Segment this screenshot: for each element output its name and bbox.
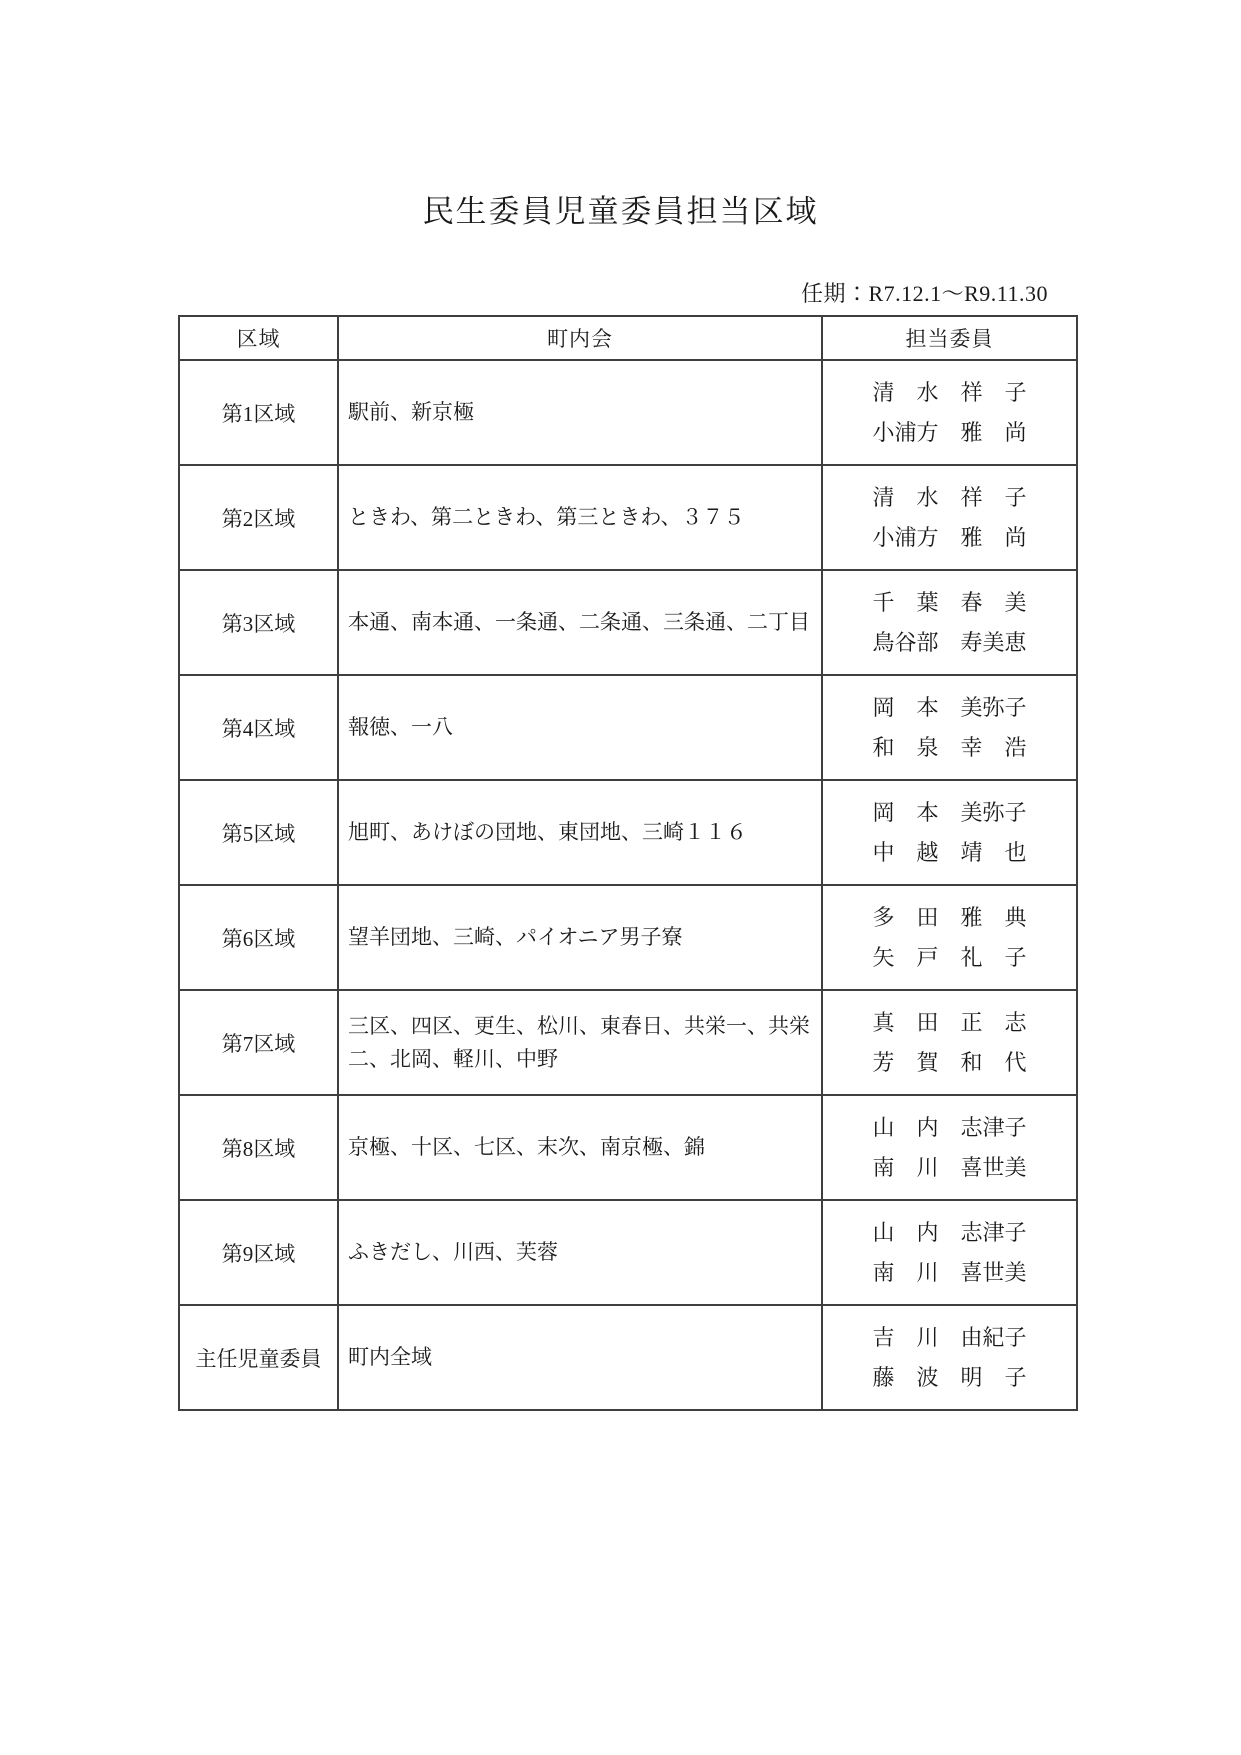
area-cell: 第4区域 [179,675,338,780]
members-cell: 清 水 祥 子小浦方 雅 尚 [822,360,1077,465]
header-assigned-member: 担当委員 [822,316,1077,360]
neighborhoods-cell: 望羊団地、三崎、パイオニア男子寮 [338,885,822,990]
neighborhoods-cell: 駅前、新京極 [338,360,822,465]
table-header: 区域 町内会 担当委員 [179,316,1077,360]
term-label: 任期：R7.12.1～R9.11.30 [178,277,1064,308]
member-name: 藤 波 明 子 [872,1358,1026,1398]
member-name: 鳥谷部 寿美恵 [872,623,1026,663]
document-page: 民生委員児童委員担当区域 任期：R7.12.1～R9.11.30 区域 町内会 … [0,0,1241,1755]
member-name: 小浦方 雅 尚 [872,518,1026,558]
member-name: 清 水 祥 子 [872,478,1026,518]
member-names: 岡 本 美弥子和 泉 幸 浩 [872,688,1026,768]
area-cell: 第9区域 [179,1200,338,1305]
area-cell: 第7区域 [179,990,338,1095]
table-row: 第9区域 ふきだし、川西、芙蓉 山 内 志津子南 川 喜世美 [179,1200,1077,1305]
content-area: 任期：R7.12.1～R9.11.30 区域 町内会 担当委員 第1区域 駅前、… [178,277,1064,1411]
members-cell: 岡 本 美弥子中 越 靖 也 [822,780,1077,885]
member-name: 吉 川 由紀子 [872,1318,1026,1358]
members-cell: 千 葉 春 美鳥谷部 寿美恵 [822,570,1077,675]
member-name: 南 川 喜世美 [872,1148,1026,1188]
members-cell: 山 内 志津子南 川 喜世美 [822,1200,1077,1305]
member-names: 吉 川 由紀子藤 波 明 子 [872,1318,1026,1398]
member-names: 岡 本 美弥子中 越 靖 也 [872,793,1026,873]
area-cell: 第5区域 [179,780,338,885]
neighborhoods-cell: 報徳、一八 [338,675,822,780]
neighborhoods-cell: 町内全域 [338,1305,822,1410]
member-names: 千 葉 春 美鳥谷部 寿美恵 [872,583,1026,663]
member-names: 多 田 雅 典矢 戸 礼 子 [872,898,1026,978]
neighborhoods-cell: 京極、十区、七区、末次、南京極、錦 [338,1095,822,1200]
header-area: 区域 [179,316,338,360]
assignment-table: 区域 町内会 担当委員 第1区域 駅前、新京極 清 水 祥 子小浦方 雅 尚 第… [178,315,1078,1411]
header-neighborhood-association: 町内会 [338,316,822,360]
neighborhoods-cell: 本通、南本通、一条通、二条通、三条通、二丁目 [338,570,822,675]
members-cell: 清 水 祥 子小浦方 雅 尚 [822,465,1077,570]
member-name: 芳 賀 和 代 [872,1043,1026,1083]
table-row: 第1区域 駅前、新京極 清 水 祥 子小浦方 雅 尚 [179,360,1077,465]
members-cell: 岡 本 美弥子和 泉 幸 浩 [822,675,1077,780]
table-row: 第4区域 報徳、一八 岡 本 美弥子和 泉 幸 浩 [179,675,1077,780]
member-name: 和 泉 幸 浩 [872,728,1026,768]
members-cell: 真 田 正 志芳 賀 和 代 [822,990,1077,1095]
member-names: 清 水 祥 子小浦方 雅 尚 [872,373,1026,453]
header-row: 区域 町内会 担当委員 [179,316,1077,360]
table-row: 第3区域 本通、南本通、一条通、二条通、三条通、二丁目 千 葉 春 美鳥谷部 寿… [179,570,1077,675]
neighborhoods-cell: ふきだし、川西、芙蓉 [338,1200,822,1305]
member-names: 山 内 志津子南 川 喜世美 [872,1213,1026,1293]
member-names: 清 水 祥 子小浦方 雅 尚 [872,478,1026,558]
members-cell: 山 内 志津子南 川 喜世美 [822,1095,1077,1200]
neighborhoods-cell: ときわ、第二ときわ、第三ときわ、３７５ [338,465,822,570]
member-name: 岡 本 美弥子 [872,688,1026,728]
table-row: 第8区域 京極、十区、七区、末次、南京極、錦 山 内 志津子南 川 喜世美 [179,1095,1077,1200]
member-name: 南 川 喜世美 [872,1253,1026,1293]
member-names: 山 内 志津子南 川 喜世美 [872,1108,1026,1188]
neighborhoods-cell: 三区、四区、更生、松川、東春日、共栄一、共栄二、北岡、軽川、中野 [338,990,822,1095]
member-name: 清 水 祥 子 [872,373,1026,413]
member-name: 矢 戸 礼 子 [872,938,1026,978]
member-name: 中 越 靖 也 [872,833,1026,873]
page-title: 民生委員児童委員担当区域 [0,0,1241,231]
table-row: 第7区域 三区、四区、更生、松川、東春日、共栄一、共栄二、北岡、軽川、中野 真 … [179,990,1077,1095]
area-cell: 第2区域 [179,465,338,570]
member-name: 千 葉 春 美 [872,583,1026,623]
table-row: 第6区域 望羊団地、三崎、パイオニア男子寮 多 田 雅 典矢 戸 礼 子 [179,885,1077,990]
neighborhoods-cell: 旭町、あけぼの団地、東団地、三崎１１６ [338,780,822,885]
area-cell: 第8区域 [179,1095,338,1200]
table-row: 主任児童委員 町内全域 吉 川 由紀子藤 波 明 子 [179,1305,1077,1410]
table-row: 第2区域 ときわ、第二ときわ、第三ときわ、３７５ 清 水 祥 子小浦方 雅 尚 [179,465,1077,570]
member-names: 真 田 正 志芳 賀 和 代 [872,1003,1026,1083]
area-cell: 第3区域 [179,570,338,675]
area-cell: 第1区域 [179,360,338,465]
members-cell: 吉 川 由紀子藤 波 明 子 [822,1305,1077,1410]
member-name: 山 内 志津子 [872,1108,1026,1148]
member-name: 多 田 雅 典 [872,898,1026,938]
table-row: 第5区域 旭町、あけぼの団地、東団地、三崎１１６ 岡 本 美弥子中 越 靖 也 [179,780,1077,885]
members-cell: 多 田 雅 典矢 戸 礼 子 [822,885,1077,990]
table-body: 第1区域 駅前、新京極 清 水 祥 子小浦方 雅 尚 第2区域 ときわ、第二とき… [179,360,1077,1410]
area-cell: 第6区域 [179,885,338,990]
member-name: 岡 本 美弥子 [872,793,1026,833]
member-name: 小浦方 雅 尚 [872,413,1026,453]
member-name: 真 田 正 志 [872,1003,1026,1043]
area-cell: 主任児童委員 [179,1305,338,1410]
member-name: 山 内 志津子 [872,1213,1026,1253]
